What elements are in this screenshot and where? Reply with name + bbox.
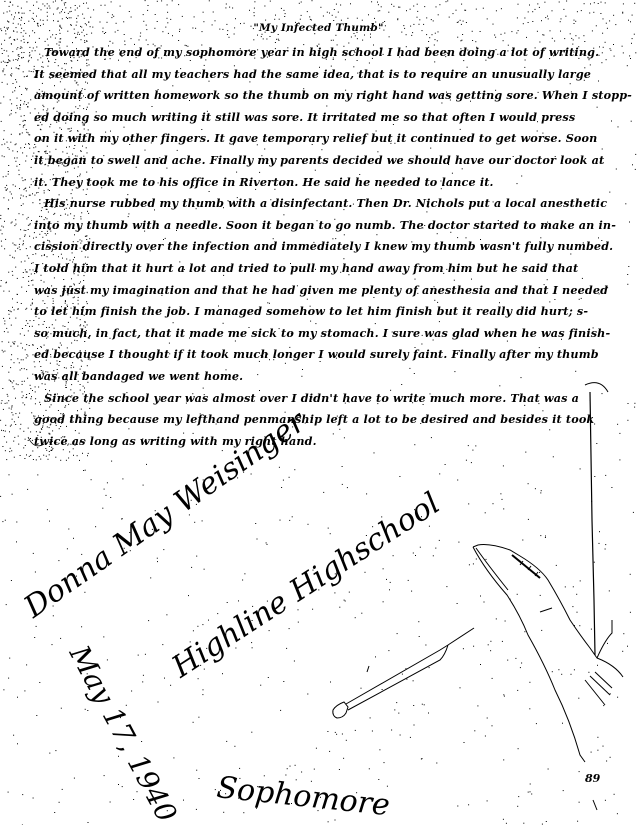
margin-bracket-icon xyxy=(585,383,608,392)
needle-icon xyxy=(333,628,474,718)
page-number: 89 xyxy=(585,772,600,785)
thumb-icon xyxy=(473,545,623,810)
document-page: "My Infected Thumb" Toward the end of my… xyxy=(0,0,637,825)
